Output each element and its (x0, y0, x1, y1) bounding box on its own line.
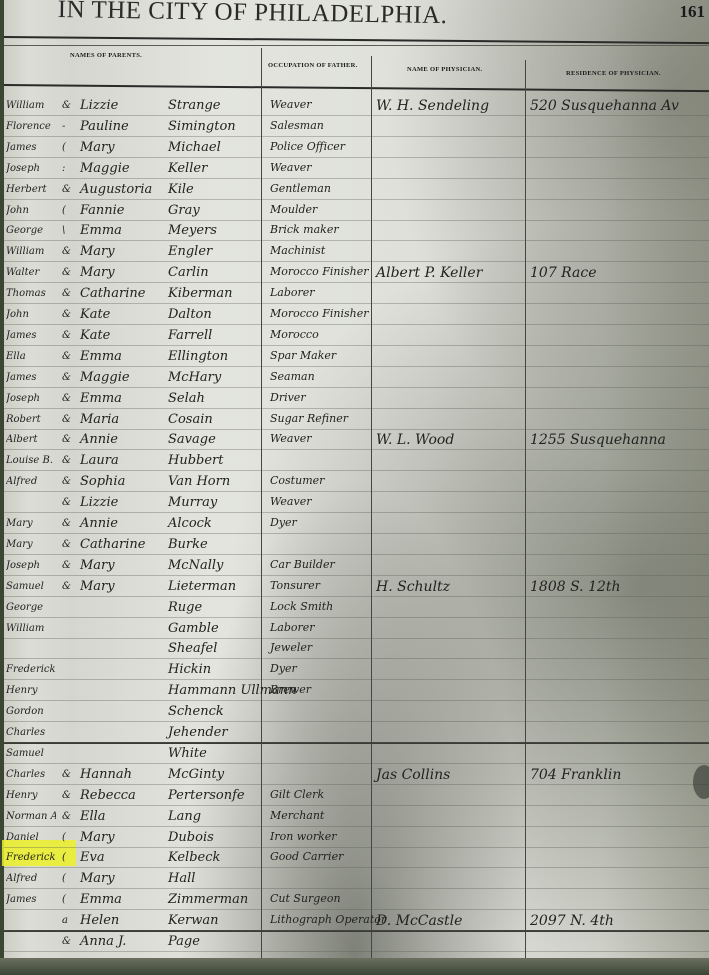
column-header-name-of-physician: NAME OF PHYSICIAN. (407, 66, 482, 73)
ditto-mark: & (62, 539, 74, 550)
scan-border-left (0, 0, 4, 975)
father-occupation: Cut Surgeon (270, 892, 341, 905)
mother-first-name: Annie (80, 516, 118, 531)
row-rule (4, 303, 709, 304)
parent-surname: Dalton (168, 307, 212, 322)
row-rule (4, 199, 709, 200)
physician-name: W. L. Wood (376, 432, 454, 448)
row-rule (4, 826, 709, 827)
page-number: 161 (680, 2, 706, 22)
child-name: John (6, 309, 56, 320)
father-occupation: Sugar Refiner (270, 412, 348, 425)
mother-first-name: Hannah (80, 767, 132, 782)
child-name: Thomas (6, 288, 56, 299)
father-occupation: Car Builder (270, 558, 335, 571)
row-rule (4, 721, 709, 722)
parent-surname: Page (168, 934, 200, 949)
row-rule (4, 805, 709, 806)
father-occupation: Police Officer (270, 140, 345, 153)
child-name: Charles (6, 769, 56, 780)
row-rule (4, 282, 709, 283)
child-name: William (6, 623, 56, 634)
child-name: Louise B. (6, 455, 56, 466)
physician-residence: 1808 S. 12th (530, 579, 621, 595)
parent-surname: Michael (168, 140, 221, 155)
parent-surname: McNally (168, 558, 223, 573)
parent-surname: Farrell (168, 328, 212, 343)
mother-first-name: Lizzie (80, 495, 118, 510)
row-rule (4, 429, 709, 430)
row-rule (4, 449, 709, 450)
child-name: George (6, 602, 56, 613)
parent-surname: Alcock (168, 516, 212, 531)
father-occupation: Weaver (270, 161, 311, 174)
mother-first-name: Anna J. (80, 934, 126, 949)
mother-first-name: Kate (80, 328, 110, 343)
row-rule (4, 617, 709, 618)
ditto-mark: & (62, 560, 74, 571)
row-rule (4, 638, 709, 639)
mother-first-name: Mary (80, 871, 115, 886)
physician-name: Jas Collins (376, 767, 450, 783)
row-rule (4, 554, 709, 555)
parent-surname: Ellington (168, 349, 228, 364)
ditto-mark: & (62, 476, 74, 487)
row-rule (4, 136, 709, 137)
mother-first-name: Rebecca (80, 788, 136, 803)
mother-first-name: Catharine (80, 286, 145, 301)
parent-surname: Dubois (168, 830, 214, 845)
ditto-mark: \ (62, 225, 74, 236)
parent-surname: Lieterman (168, 579, 236, 594)
father-occupation: Moulder (270, 203, 317, 216)
header-inner-rule (4, 45, 709, 46)
scan-border-bottom (0, 958, 709, 975)
ditto-mark: & (62, 267, 74, 278)
mother-first-name: Emma (80, 391, 122, 406)
physician-residence: 2097 N. 4th (530, 913, 614, 929)
row-rule (4, 324, 709, 325)
mother-first-name: Maria (80, 412, 119, 427)
ditto-mark: & (62, 581, 74, 592)
row-rule (4, 847, 709, 848)
row-rule (4, 951, 709, 952)
ditto-mark: ( (62, 142, 74, 153)
column-header-residence-of-physician: RESIDENCE OF PHYSICIAN. (566, 70, 661, 77)
ditto-mark: ( (62, 852, 74, 863)
row-rule (4, 784, 709, 785)
row-rule (4, 261, 709, 262)
mother-first-name: Ella (80, 809, 106, 824)
row-rule (4, 178, 709, 179)
mother-first-name: Maggie (80, 370, 130, 385)
father-occupation: Weaver (270, 98, 311, 111)
mother-first-name: Kate (80, 307, 110, 322)
ditto-mark: & (62, 100, 74, 111)
row-rule (4, 366, 709, 367)
parent-surname: Kiberman (168, 286, 233, 301)
ditto-mark: & (62, 184, 74, 195)
mother-first-name: Mary (80, 140, 115, 155)
ditto-mark: - (62, 121, 74, 132)
father-occupation: Dyer (270, 516, 297, 529)
mother-first-name: Sophia (80, 474, 125, 489)
ditto-mark: & (62, 330, 74, 341)
mother-first-name: Catharine (80, 537, 145, 552)
father-occupation: Jeweler (270, 641, 312, 654)
child-name: Charles (6, 727, 56, 738)
parent-surname: White (168, 746, 207, 761)
physician-name: Albert P. Keller (376, 265, 482, 281)
column-header-names-of-parents: NAMES OF PARENTS. (70, 52, 142, 59)
parent-surname: Savage (168, 432, 216, 447)
father-occupation: Iron worker (270, 830, 337, 843)
father-occupation: Seaman (270, 370, 315, 383)
father-occupation: Machinist (270, 244, 325, 257)
ditto-mark: & (62, 351, 74, 362)
row-rule (4, 240, 709, 241)
father-occupation: Weaver (270, 432, 311, 445)
parent-surname: Zimmerman (168, 892, 248, 907)
row-rule (4, 157, 709, 158)
parent-surname: Kerwan (168, 913, 219, 928)
ditto-mark: a (62, 915, 74, 926)
row-rule (4, 220, 709, 221)
ditto-mark: & (62, 372, 74, 383)
parent-surname: Strange (168, 98, 220, 113)
ditto-mark: & (62, 518, 74, 529)
father-occupation: Merchant (270, 809, 324, 822)
child-name: Alfred (6, 873, 56, 884)
child-name: Henry (6, 685, 56, 696)
mother-first-name: Mary (80, 558, 115, 573)
physician-residence: 1255 Susquehanna (530, 432, 666, 448)
mother-first-name: Emma (80, 223, 122, 238)
mother-first-name: Fannie (80, 203, 124, 218)
child-name: William (6, 100, 56, 111)
mother-first-name: Mary (80, 830, 115, 845)
ditto-mark: ( (62, 205, 74, 216)
row-rule (4, 512, 709, 513)
father-occupation: Costumer (270, 474, 324, 487)
child-name: Robert (6, 414, 56, 425)
child-name: Walter (6, 267, 56, 278)
physician-name: D. McCastle (376, 913, 462, 929)
parent-surname: Carlin (168, 265, 209, 280)
ditto-mark: & (62, 811, 74, 822)
ditto-mark: & (62, 936, 74, 947)
child-name: John (6, 205, 56, 216)
parent-surname: Kile (168, 182, 194, 197)
ditto-mark: & (62, 309, 74, 320)
child-name: James (6, 142, 56, 153)
father-occupation: Morocco (270, 328, 319, 341)
row-rule (4, 470, 709, 471)
row-rule (4, 115, 709, 116)
row-rule (4, 658, 709, 659)
child-name: James (6, 372, 56, 383)
child-name: William (6, 246, 56, 257)
ditto-mark: ( (62, 873, 74, 884)
child-name: Joseph (6, 560, 56, 571)
child-name: James (6, 330, 56, 341)
child-name: Samuel (6, 748, 56, 759)
ditto-mark: & (62, 246, 74, 257)
mother-first-name: Mary (80, 265, 115, 280)
parent-surname: Meyers (168, 223, 217, 238)
mother-first-name: Mary (80, 579, 115, 594)
child-name: Albert (6, 434, 56, 445)
ditto-mark: : (62, 163, 74, 174)
row-rule (4, 533, 709, 534)
header-top-rule (4, 36, 709, 44)
mother-first-name: Lizzie (80, 98, 118, 113)
child-name: Samuel (6, 581, 56, 592)
parent-surname: Hubbert (168, 453, 224, 468)
child-name: Frederick (6, 852, 56, 863)
column-header-occupation-of-father: OCCUPATION OF FATHER. (268, 62, 358, 69)
physician-residence: 704 Franklin (530, 767, 621, 783)
mother-first-name: Annie (80, 432, 118, 447)
parent-surname: Engler (168, 244, 212, 259)
mother-first-name: Helen (80, 913, 119, 928)
row-rule (4, 491, 709, 492)
mother-first-name: Augustoria (80, 182, 152, 197)
father-occupation: Good Carrier (270, 850, 343, 863)
father-occupation: Driver (270, 391, 306, 404)
mother-first-name: Laura (80, 453, 119, 468)
parent-surname: Lang (168, 809, 201, 824)
father-occupation: Laborer (270, 621, 315, 634)
parent-surname: McGinty (168, 767, 224, 782)
father-occupation: Gilt Clerk (270, 788, 324, 801)
child-name: Frederick (6, 664, 56, 675)
mother-first-name: Emma (80, 892, 122, 907)
column-divider (371, 56, 372, 958)
ditto-mark: & (62, 434, 74, 445)
mother-first-name: Pauline (80, 119, 129, 134)
row-rule (4, 867, 709, 868)
mother-first-name: Maggie (80, 161, 130, 176)
register-page: IN THE CITY OF PHILADELPHIA. 161 NAMES O… (0, 0, 709, 975)
father-occupation: Dyer (270, 662, 297, 675)
row-rule (4, 909, 709, 910)
ditto-mark: & (62, 497, 74, 508)
father-occupation: Salesman (270, 119, 324, 132)
parent-surname: Van Horn (168, 474, 230, 489)
ditto-mark: & (62, 288, 74, 299)
child-name: Florence (6, 121, 56, 132)
parent-surname: McHary (168, 370, 221, 385)
parent-surname: Burke (168, 537, 208, 552)
child-name: Ella (6, 351, 56, 362)
child-name: Mary (6, 539, 56, 550)
physician-name: W. H. Sendeling (376, 98, 489, 114)
ditto-mark: ( (62, 832, 74, 843)
row-rule (4, 700, 709, 701)
father-occupation: Brewer (270, 683, 311, 696)
ditto-mark: & (62, 414, 74, 425)
row-rule (4, 345, 709, 346)
page-title: IN THE CITY OF PHILADELPHIA. (58, 0, 448, 30)
row-rule (4, 596, 709, 597)
column-divider (525, 60, 526, 958)
parent-surname: Simington (168, 119, 236, 134)
mother-first-name: Mary (80, 244, 115, 259)
parent-surname: Keller (168, 161, 207, 176)
row-rule (4, 763, 709, 764)
child-name: Henry (6, 790, 56, 801)
father-occupation: Spar Maker (270, 349, 336, 362)
parent-surname: Selah (168, 391, 205, 406)
physician-residence: 107 Race (530, 265, 597, 281)
father-occupation: Lock Smith (270, 600, 333, 613)
ditto-mark: & (62, 455, 74, 466)
parent-surname: Hall (168, 871, 195, 886)
row-rule (4, 930, 709, 931)
parent-surname: Schenck (168, 704, 224, 719)
parent-surname: Pertersonfe (168, 788, 245, 803)
ditto-mark: & (62, 393, 74, 404)
parent-surname: Kelbeck (168, 850, 220, 865)
physician-name: H. Schultz (376, 579, 450, 595)
child-name: Gordon (6, 706, 56, 717)
mother-first-name: Emma (80, 349, 122, 364)
father-occupation: Brick maker (270, 223, 339, 236)
parent-surname: Hickin (168, 662, 211, 677)
father-occupation: Gentleman (270, 182, 331, 195)
parent-surname: Sheafel (168, 641, 217, 656)
header-bottom-rule (4, 84, 709, 92)
parent-surname: Murray (168, 495, 217, 510)
child-name: James (6, 894, 56, 905)
row-rule (4, 742, 709, 743)
father-occupation: Morocco Finisher (270, 307, 368, 320)
parent-surname: Gamble (168, 621, 219, 636)
father-occupation: Lithograph Operator (270, 913, 386, 926)
row-rule (4, 575, 709, 576)
physician-residence: 520 Susquehanna Av (530, 98, 679, 114)
row-rule (4, 679, 709, 680)
column-divider (261, 48, 262, 958)
ditto-mark: & (62, 790, 74, 801)
ditto-mark: ( (62, 894, 74, 905)
child-name: Daniel (6, 832, 56, 843)
mother-first-name: Eva (80, 850, 105, 865)
parent-surname: Gray (168, 203, 200, 218)
row-rule (4, 387, 709, 388)
row-rule (4, 888, 709, 889)
child-name: Mary (6, 518, 56, 529)
parent-surname: Cosain (168, 412, 213, 427)
child-name: Alfred (6, 476, 56, 487)
child-name: George (6, 225, 56, 236)
father-occupation: Laborer (270, 286, 315, 299)
father-occupation: Morocco Finisher (270, 265, 368, 278)
ditto-mark: & (62, 769, 74, 780)
child-name: Joseph (6, 163, 56, 174)
child-name: Joseph (6, 393, 56, 404)
child-name: Herbert (6, 184, 56, 195)
parent-surname: Ruge (168, 600, 202, 615)
scan-stain (693, 765, 709, 799)
child-name: Norman A. (6, 811, 56, 822)
father-occupation: Tonsurer (270, 579, 320, 592)
father-occupation: Weaver (270, 495, 311, 508)
row-rule (4, 408, 709, 409)
parent-surname: Jehender (168, 725, 228, 740)
